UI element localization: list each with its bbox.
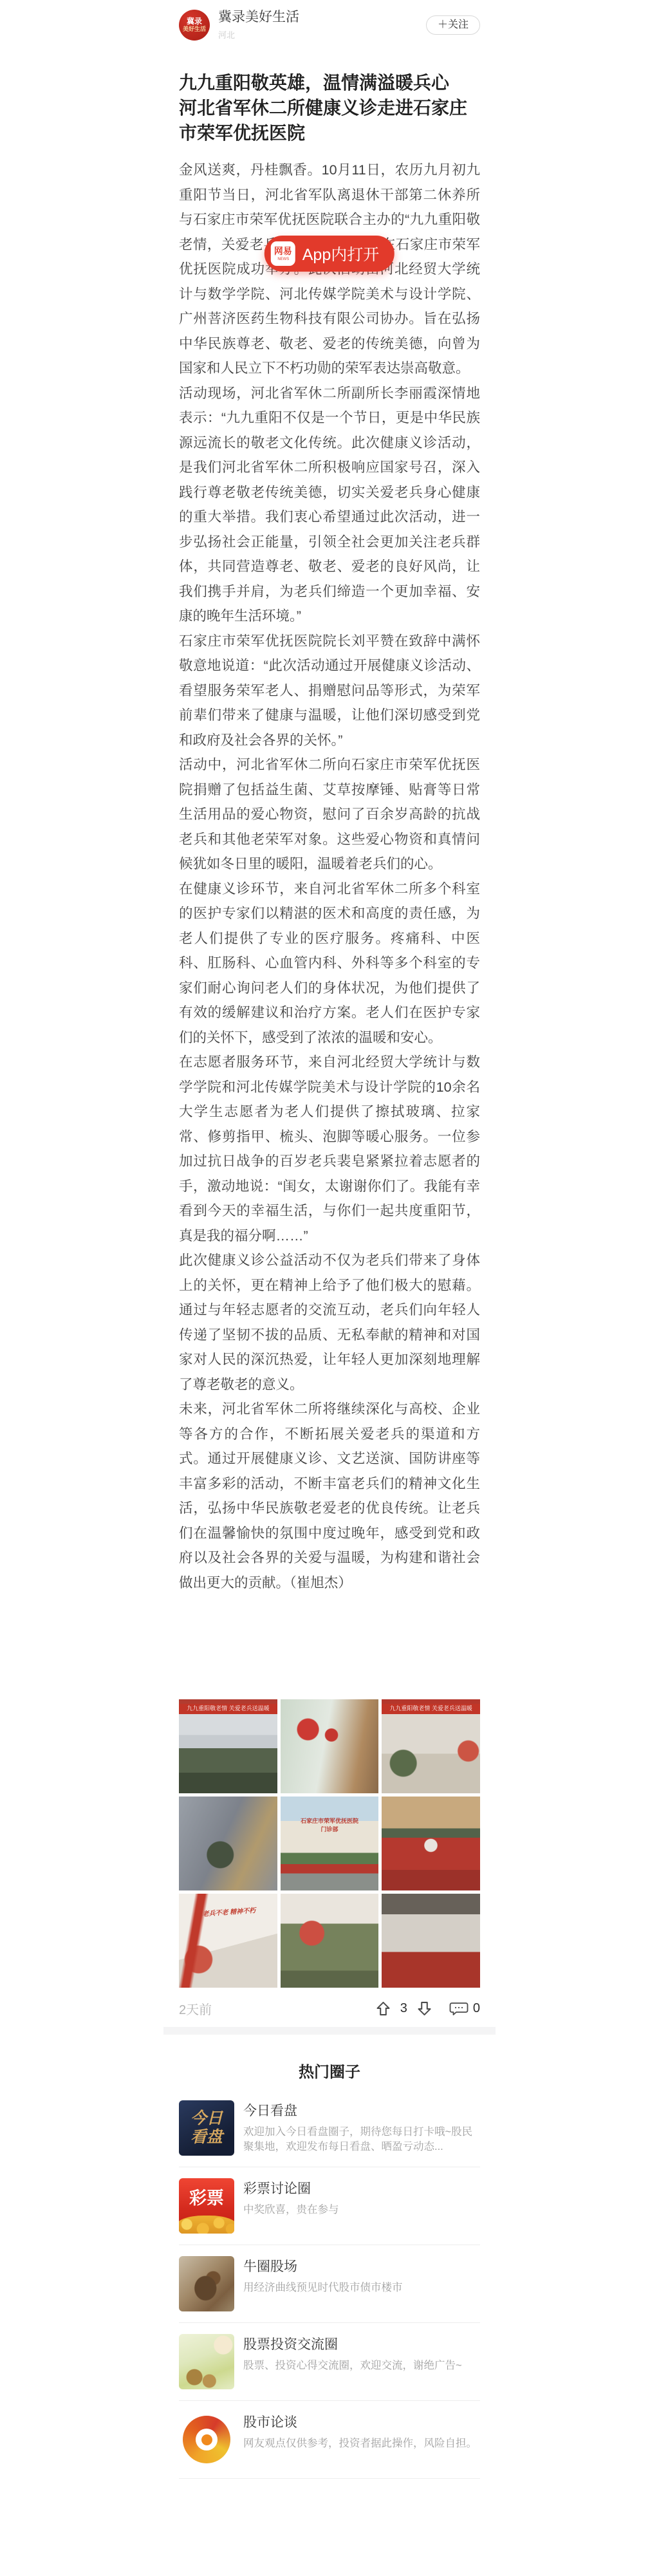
circle-avatar-bull-statue-photo bbox=[179, 2256, 234, 2311]
ward-slogan-text: 老兵不老 精神不朽 bbox=[185, 1904, 274, 1920]
comment-count: 0 bbox=[473, 2001, 480, 2016]
hot-circles-title: 热门圈子 bbox=[179, 2059, 480, 2082]
paragraph: 石家庄市荣军优抚医院院长刘平赞在致辞中满怀敬意地说道：“此次活动通过开展健康义诊… bbox=[179, 629, 480, 753]
engagement-bar: 2天前 3 0 bbox=[179, 1999, 480, 2018]
circle-avatar-orange-swirl-logo bbox=[179, 2412, 234, 2467]
follow-button[interactable]: ＋关注 bbox=[426, 15, 480, 35]
publish-time: 2天前 bbox=[179, 1999, 212, 2018]
paragraph: 活动现场，河北省军休二所副所长李丽霞深情地表示：“九九重阳不仅是一个节日，更是中… bbox=[179, 381, 480, 629]
engagement-actions: 3 0 bbox=[375, 2000, 480, 2017]
circle-title: 彩票讨论圈 bbox=[243, 2181, 339, 2197]
publisher-header: 冀录 美好生活 冀录美好生活 河北 ＋关注 bbox=[179, 0, 480, 41]
circle-item-jinrikanpan[interactable]: 今日 看盘 今日看盘 欢迎加入今日看盘圈子，期待您每日打卡哦~股民聚集地，欢迎发… bbox=[179, 2089, 480, 2167]
article-page: 冀录 美好生活 冀录美好生活 河北 ＋关注 九九重阳敬英雄，温情满溢暖兵心 河北… bbox=[163, 0, 496, 2479]
swirl-logo-icon bbox=[183, 2416, 230, 2463]
circle-title: 股票投资交流圈 bbox=[243, 2337, 462, 2353]
article-photo-hospital-entrance[interactable]: 石家庄市荣军优抚医院 门诊部 bbox=[281, 1797, 379, 1890]
circle-desc: 网友观点仅供参考，投资者据此操作，风险自担。 bbox=[243, 2436, 477, 2451]
article-photo-grid: 九九重阳敬老情 关爱老兵送温暖 九九重阳敬老情 关爱老兵送温暖 石家庄市荣军优抚… bbox=[179, 1699, 480, 1988]
article-photo-veterans-group[interactable]: 九九重阳敬老情 关爱老兵送温暖 bbox=[179, 1699, 277, 1793]
paragraph: 在健康义诊环节，来自河北省军休二所多个科室的医护专家们以精湛的医术和高度的责任感… bbox=[179, 877, 480, 1050]
publisher-info: 冀录美好生活 河北 bbox=[218, 10, 299, 40]
circle-avatar-coins-plant-photo bbox=[179, 2334, 234, 2389]
hot-circles-list: 今日 看盘 今日看盘 欢迎加入今日看盘圈子，期待您每日打卡哦~股民聚集地，欢迎发… bbox=[179, 2089, 480, 2479]
circle-avatar-jinrikanpan: 今日 看盘 bbox=[179, 2100, 234, 2156]
article-photo-gift-donation[interactable] bbox=[382, 1894, 480, 1988]
circle-item-gushiluntan[interactable]: 股市论谈 网友观点仅供参考，投资者据此操作，风险自担。 bbox=[179, 2401, 480, 2479]
photo-banner-text: 九九重阳敬老情 关爱老兵送温暖 bbox=[179, 1704, 277, 1714]
avatar-text-bottom: 美好生活 bbox=[183, 26, 206, 33]
paragraph: 此次健康义诊公益活动不仅为老兵们带来了身体上的关怀，更在精神上给予了他们极大的慰… bbox=[179, 1248, 480, 1397]
comment-button[interactable]: 0 bbox=[449, 2000, 480, 2017]
article-photo-red-flag-group[interactable] bbox=[382, 1797, 480, 1890]
publisher-region: 河北 bbox=[218, 28, 299, 41]
circle-item-caipiao[interactable]: 彩票 彩票讨论圈 中奖欣喜，贵在参与 bbox=[179, 2167, 480, 2245]
article-photo-hand-holding[interactable] bbox=[281, 1894, 379, 1988]
circle-title: 牛圈股场 bbox=[243, 2259, 403, 2275]
upvote-button[interactable] bbox=[375, 2000, 392, 2017]
netease-logo-icon: 网易 NEWS bbox=[271, 241, 295, 266]
article-title: 九九重阳敬英雄，温情满溢暖兵心 河北省军休二所健康义诊走进石家庄市荣军优抚医院 bbox=[179, 70, 480, 145]
gold-coins-graphic bbox=[179, 2216, 234, 2234]
paragraph: 活动中，河北省军休二所向石家庄市荣军优抚医院捐赠了包括益生菌、艾草按摩锤、贴膏等… bbox=[179, 752, 480, 877]
circle-avatar-caipiao: 彩票 bbox=[179, 2178, 234, 2234]
open-in-app-button[interactable]: 网易 NEWS App内打开 bbox=[265, 236, 394, 272]
article-title-line1: 九九重阳敬英雄，温情满溢暖兵心 bbox=[179, 70, 480, 95]
section-divider bbox=[163, 2027, 496, 2035]
article-photo-consultation[interactable]: 九九重阳敬老情 关爱老兵送温暖 bbox=[382, 1699, 480, 1793]
downvote-arrow-icon bbox=[416, 2000, 433, 2017]
circle-title: 股市论谈 bbox=[243, 2414, 477, 2431]
circle-desc: 用经济曲线预见时代股市债市楼市 bbox=[243, 2281, 403, 2295]
comment-bubble-icon bbox=[449, 2000, 469, 2017]
circle-desc: 中奖欣喜，贵在参与 bbox=[243, 2203, 339, 2217]
publisher-avatar[interactable]: 冀录 美好生活 bbox=[179, 10, 210, 41]
downvote-button[interactable] bbox=[416, 2000, 433, 2017]
open-in-app-label: App内打开 bbox=[302, 242, 379, 265]
article-body: 金风送爽，丹桂飘香。10月11日，农历九月初九重阳节当日，河北省军队离退休干部第… bbox=[179, 158, 480, 1693]
publisher-name[interactable]: 冀录美好生活 bbox=[218, 10, 299, 25]
photo-banner-text: 九九重阳敬老情 关爱老兵送温暖 bbox=[382, 1704, 480, 1714]
article-photo-ward-chat[interactable]: 老兵不老 精神不朽 bbox=[179, 1894, 277, 1988]
paragraph: 未来，河北省军休二所将继续深化与高校、企业等各方的合作，不断拓展关爱老兵的渠道和… bbox=[179, 1397, 480, 1595]
circle-title: 今日看盘 bbox=[243, 2103, 480, 2119]
paragraph: 在志愿者服务环节，来自河北经贸大学统计与数学学院和河北传媒学院美术与设计学院的1… bbox=[179, 1050, 480, 1248]
hospital-sign-text: 石家庄市荣军优抚医院 门诊部 bbox=[281, 1817, 379, 1833]
article-photo-bed-visit[interactable] bbox=[281, 1699, 379, 1793]
circle-desc: 股票、投资心得交流圈，欢迎交流，谢绝广告~ bbox=[243, 2358, 462, 2373]
circle-item-niuquan[interactable]: 牛圈股场 用经济曲线预见时代股市债市楼市 bbox=[179, 2245, 480, 2323]
circle-desc: 欢迎加入今日看盘圈子，期待您每日打卡哦~股民聚集地，欢迎发布每日看盘、晒盈亏动态… bbox=[243, 2125, 480, 2154]
circle-item-gupiaotouzi[interactable]: 股票投资交流圈 股票、投资心得交流圈，欢迎交流，谢绝广告~ bbox=[179, 2323, 480, 2401]
article-title-line2: 河北省军休二所健康义诊走进石家庄市荣军优抚医院 bbox=[179, 95, 480, 145]
article-photo-wheelchair[interactable] bbox=[179, 1797, 277, 1890]
avatar-text-top: 冀录 bbox=[187, 17, 202, 26]
upvote-arrow-icon bbox=[375, 2000, 392, 2017]
upvote-count: 3 bbox=[400, 2001, 407, 2016]
